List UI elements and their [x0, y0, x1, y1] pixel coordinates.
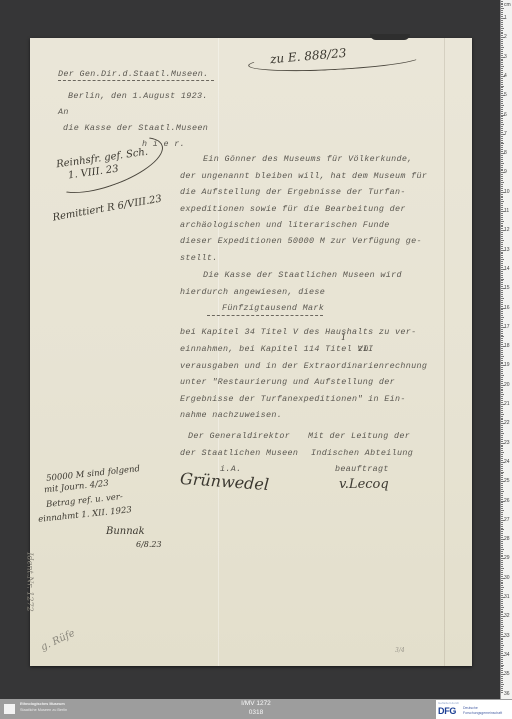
- ruler-tick: [501, 240, 504, 241]
- ruler-tick: [501, 300, 503, 301]
- ruler-tick: [501, 250, 505, 251]
- ruler-tick: [501, 601, 503, 602]
- ruler-tick: [501, 665, 504, 666]
- superscript-mark: 1: [341, 334, 346, 342]
- ruler-tick: [501, 404, 505, 405]
- ruler-tick: [501, 516, 503, 517]
- margin-note-loop: [46, 125, 169, 204]
- ruler-tick: [501, 362, 503, 363]
- ruler-tick: [501, 572, 503, 573]
- ruler-tick: [501, 599, 503, 600]
- ruler-tick: [501, 578, 505, 579]
- ruler-tick: [501, 284, 503, 285]
- ruler-tick: [501, 472, 504, 473]
- ruler-tick: [501, 377, 503, 378]
- ruler-tick: [501, 3, 503, 4]
- ruler-tick: [501, 253, 503, 254]
- ruler-tick: [501, 493, 503, 494]
- ruler-tick: [501, 390, 503, 391]
- ruler-tick: [501, 495, 503, 496]
- ruler-tick: [501, 78, 503, 79]
- body-line: unter "Restaurierung und Aufstellung der: [180, 378, 395, 386]
- ruler-tick: [501, 533, 503, 534]
- ruler-tick: [501, 591, 503, 592]
- ruler-tick: [501, 145, 503, 146]
- left-signatory-title: Der Generaldirektor: [188, 432, 290, 440]
- ruler-tick: [501, 672, 503, 673]
- ruler-tick: [501, 657, 503, 658]
- ruler-tick: [501, 448, 503, 449]
- ruler-tick: [501, 400, 503, 401]
- ruler-tick: [501, 441, 503, 442]
- ruler-tick: [501, 433, 504, 434]
- ruler-tick: [501, 338, 503, 339]
- ruler-tick: [501, 111, 503, 112]
- body-line: dieser Expeditionen 50000 M zur Verfügun…: [180, 237, 422, 245]
- ruler-tick: [501, 684, 504, 685]
- body-line: bei Kapitel 34 Titel V des Haushalts zu …: [180, 328, 417, 336]
- ruler-tick: [501, 197, 503, 198]
- ruler-tick: [501, 68, 503, 69]
- ruler-tick: [501, 661, 503, 662]
- ruler-tick: [501, 414, 504, 415]
- ruler-tick: [501, 97, 503, 98]
- ruler-tick: [501, 82, 503, 83]
- ruler-tick: [501, 306, 503, 307]
- right-role: beauftragt: [335, 465, 389, 473]
- ruler-tick: [501, 101, 503, 102]
- amount-in-words: Fünfzigtausend Mark: [222, 304, 324, 312]
- ruler-tick: [501, 33, 503, 34]
- ruler-tick: [501, 155, 503, 156]
- ruler-tick: [501, 682, 503, 683]
- corner-initial: g. Rüfe: [40, 629, 77, 653]
- margin-note-2: Remittiert R 6/VIII.23: [52, 194, 163, 223]
- ruler-tick: [501, 103, 503, 104]
- ruler-tick: [501, 333, 503, 334]
- ruler-tick: [501, 402, 503, 403]
- ruler-tick: [501, 225, 503, 226]
- ruler-tick: [501, 470, 503, 471]
- ruler-tick: [501, 1, 503, 2]
- ruler-tick: [501, 603, 503, 604]
- place-date: Berlin, den 1.August 1923.: [68, 92, 208, 100]
- ruler-tick: [501, 643, 503, 644]
- ruler-tick: [501, 151, 503, 152]
- ruler-tick: [501, 143, 504, 144]
- ruler-tick: [501, 460, 503, 461]
- ruler-tick: [501, 360, 503, 361]
- ruler-tick: [501, 454, 503, 455]
- ruler-tick: [501, 639, 503, 640]
- ruler-tick: [501, 184, 503, 185]
- ruler-tick: [501, 277, 503, 278]
- ruler-tick: [501, 4, 503, 5]
- right-signatory-title: Mit der Leitung der: [308, 432, 410, 440]
- ruler-tick: [501, 80, 503, 81]
- ruler-tick: [501, 607, 504, 608]
- ruler-tick: [501, 321, 503, 322]
- ruler-tick: [501, 431, 503, 432]
- ruler-tick: [501, 678, 503, 679]
- ruler-tick: [501, 651, 503, 652]
- ruler-tick: [501, 479, 503, 480]
- ruler-tick: [501, 412, 503, 413]
- ruler-tick: [501, 452, 504, 453]
- body-line: nahme nachzuweisen.: [180, 411, 282, 419]
- ruler-tick: [501, 383, 503, 384]
- ruler-tick: [501, 504, 503, 505]
- dfg-logo: Gefördert durch DFG Deutsche Forschungsg…: [436, 700, 512, 719]
- ruler-tick: [501, 636, 505, 637]
- ruler-tick: [501, 609, 503, 610]
- ruler-tick: [501, 311, 503, 312]
- ruler-tick: [501, 20, 503, 21]
- ruler-tick: [501, 308, 505, 309]
- ruler-tick: [501, 86, 504, 87]
- ruler-tick: [501, 74, 503, 75]
- ruler-tick: [501, 539, 505, 540]
- ruler-tick: [501, 271, 503, 272]
- body-line: expeditionen sowie für die Bearbeitung d…: [180, 205, 406, 213]
- ruler-tick: [501, 309, 503, 310]
- ruler-tick: [501, 269, 505, 270]
- ruler-tick: [501, 485, 503, 486]
- ruler-tick: [501, 545, 503, 546]
- ruler-tick: [501, 157, 503, 158]
- ruler-tick: [501, 547, 503, 548]
- ruler-tick: [501, 348, 503, 349]
- paper-edge-line: [444, 38, 445, 666]
- ruler-tick: [501, 267, 503, 268]
- ruler-tick: [501, 439, 503, 440]
- ruler-tick: [501, 273, 503, 274]
- ruler-tick: [501, 199, 503, 200]
- ruler-tick: [501, 356, 504, 357]
- ruler-tick: [501, 676, 503, 677]
- body-line: Die Kasse der Staatlichen Museen wird: [203, 271, 402, 279]
- body-line: einnahmen, bei Kapitel 114 Titel VII: [180, 345, 374, 353]
- amount-underline: [207, 315, 323, 316]
- ruler-tick: [501, 410, 503, 411]
- ruler-tick: [501, 105, 504, 106]
- ruler-tick: [501, 520, 505, 521]
- ruler-tick: [501, 570, 503, 571]
- ruler-tick: [501, 174, 503, 175]
- left-signatory-title: der Staatlichen Museen: [180, 449, 298, 457]
- ruler-tick: [501, 354, 503, 355]
- ruler-tick: [501, 408, 503, 409]
- ruler-tick: [501, 255, 503, 256]
- ruler-tick: [501, 624, 503, 625]
- ruler-tick: [501, 416, 503, 417]
- body-line: der ungenannt bleiben will, hat dem Muse…: [180, 172, 427, 180]
- ruler-tick: [501, 26, 503, 27]
- ruler-tick: [501, 346, 505, 347]
- ruler-tick: [501, 51, 503, 52]
- ruler-tick: [501, 580, 503, 581]
- ruler-tick: [501, 238, 503, 239]
- body-line: Ein Gönner des Museums für Völkerkunde,: [203, 155, 413, 163]
- ruler-tick: [501, 302, 503, 303]
- ruler-tick: [501, 686, 503, 687]
- ruler-tick: [501, 14, 503, 15]
- lower-note-date: 6/8.23: [136, 541, 162, 549]
- ruler-tick: [501, 367, 503, 368]
- ruler-tick: [501, 205, 503, 206]
- ruler-tick: [501, 450, 503, 451]
- ruler-tick: [501, 524, 503, 525]
- ruler-tick: [501, 47, 504, 48]
- ruler-tick: [501, 217, 503, 218]
- ruler-tick: [501, 369, 503, 370]
- ruler-tick: [501, 688, 503, 689]
- ruler-tick: [501, 66, 504, 67]
- ruler-tick: [501, 468, 503, 469]
- ruler-tick: [501, 344, 503, 345]
- ruler-tick: [501, 574, 503, 575]
- ruler-tick: [501, 41, 503, 42]
- ruler-tick: [501, 445, 503, 446]
- ruler-tick: [501, 323, 503, 324]
- ruler-tick: [501, 394, 504, 395]
- ruler-tick: [501, 443, 505, 444]
- ruler-tick: [501, 87, 503, 88]
- ruler-tick: [501, 387, 503, 388]
- ruler-tick: [501, 605, 503, 606]
- ruler-tick: [501, 692, 503, 693]
- ruler-tick: [501, 446, 503, 447]
- ruler-tick: [501, 211, 505, 212]
- ruler-tick: [501, 510, 504, 511]
- ruler-tick: [501, 389, 503, 390]
- ruler-tick: [501, 16, 503, 17]
- ruler-tick: [501, 497, 503, 498]
- ruler-tick: [501, 70, 503, 71]
- ruler-tick: [501, 634, 503, 635]
- ruler-tick: [501, 371, 503, 372]
- ruler-tick: [501, 668, 503, 669]
- ruler-tick: [501, 618, 503, 619]
- ruler-tick: [501, 549, 504, 550]
- document-page: zu E. 888/23 Der Gen.Dir.d.Staatl.Museen…: [30, 38, 472, 666]
- ruler-tick: [501, 219, 503, 220]
- ruler-tick: [501, 288, 505, 289]
- ruler-tick: [501, 176, 503, 177]
- ruler-tick: [501, 95, 505, 96]
- ruler-tick: [501, 109, 503, 110]
- ruler-tick: [501, 363, 503, 364]
- ruler-tick: [501, 690, 503, 691]
- ruler-tick: [501, 275, 503, 276]
- ruler-tick: [501, 622, 503, 623]
- ruler-tick: [501, 560, 503, 561]
- ruler-tick: [501, 136, 503, 137]
- ruler-tick: [501, 140, 503, 141]
- funder-name: Forschungsgemeinschaft: [463, 711, 502, 715]
- ruler-tick: [501, 392, 503, 393]
- ruler-tick: [501, 331, 503, 332]
- corner-mark: 3/4: [395, 648, 405, 654]
- ruler-tick: [501, 213, 503, 214]
- ruler-tick: [501, 37, 505, 38]
- ruler-tick: [501, 230, 505, 231]
- ruler-tick: [501, 188, 503, 189]
- ruler-tick: [501, 159, 503, 160]
- right-signature: v.Lecoq: [339, 478, 389, 491]
- ruler-tick: [501, 163, 504, 164]
- ruler-tick: [501, 514, 503, 515]
- ruler-tick: [501, 437, 503, 438]
- ruler-tick: [501, 259, 504, 260]
- ruler-tick: [501, 597, 505, 598]
- ruler-tick: [501, 138, 503, 139]
- ruler-tick: [501, 583, 503, 584]
- sender-underline: [58, 80, 214, 81]
- ruler-tick: [501, 282, 503, 283]
- ruler-tick: [501, 232, 503, 233]
- ruler-tick: [501, 304, 503, 305]
- ruler-tick: [501, 60, 503, 61]
- ruler-tick: [501, 223, 503, 224]
- ruler-tick: [501, 49, 503, 50]
- ruler-tick: [501, 585, 503, 586]
- paper-tear: [370, 34, 410, 40]
- ruler-tick: [501, 475, 503, 476]
- ruler-tick: [501, 246, 503, 247]
- ruler-tick: [501, 425, 503, 426]
- ruler-tick: [501, 76, 505, 77]
- ruler-tick: [501, 335, 503, 336]
- ruler-tick: [501, 593, 503, 594]
- ruler-tick: [501, 456, 503, 457]
- ruler-tick: [501, 576, 503, 577]
- ruler-tick: [501, 614, 503, 615]
- ruler-tick: [501, 209, 503, 210]
- ruler-tick: [501, 396, 503, 397]
- ruler-tick: [501, 419, 503, 420]
- ruler-tick: [501, 317, 504, 318]
- ruler-tick: [501, 180, 503, 181]
- body-line: Ergebnisse der Turfanexpeditionen" in Ei…: [180, 395, 406, 403]
- ruler-tick: [501, 620, 503, 621]
- ruler-tick: [501, 568, 504, 569]
- ruler-tick: [501, 236, 503, 237]
- ruler-tick: [501, 115, 505, 116]
- ruler-tick: [501, 186, 503, 187]
- ruler-tick: [501, 194, 503, 195]
- recipient: die Kasse der Staatl.Museen: [63, 124, 208, 132]
- ruler-tick: [501, 315, 503, 316]
- ruler-tick: [501, 464, 503, 465]
- ruler-tick: [501, 501, 505, 502]
- ruler-tick: [501, 89, 503, 90]
- body-line: archäologischen und literarischen Funde: [180, 221, 390, 229]
- left-signature: Grünwedel: [180, 471, 270, 493]
- ruler-tick: [501, 234, 503, 235]
- ruler-tick: [501, 12, 503, 13]
- ruler-tick: [501, 252, 503, 253]
- ruler-tick: [501, 543, 503, 544]
- ruler-tick: [501, 228, 503, 229]
- ruler-tick: [501, 122, 503, 123]
- body-line: verausgaben und in der Extraordinarienre…: [180, 362, 427, 370]
- ruler-tick: [501, 128, 503, 129]
- ruler-tick: [501, 365, 505, 366]
- ruler-tick: [501, 541, 503, 542]
- ruler-tick: [501, 178, 503, 179]
- ruler-tick: [501, 182, 504, 183]
- vertical-stamp: Ident.Nr. 1272: [26, 552, 34, 611]
- ruler-tick: [501, 551, 503, 552]
- ruler-tick: [501, 6, 503, 7]
- ruler-tick: [501, 649, 503, 650]
- ruler-tick: [501, 215, 503, 216]
- ruler-tick: [501, 666, 503, 667]
- ruler-tick: [501, 263, 503, 264]
- ruler-tick: [501, 531, 503, 532]
- ruler-tick: [501, 537, 503, 538]
- salutation-to: An: [58, 108, 69, 116]
- body-line: die Aufstellung der Ergebnisse der Turfa…: [180, 188, 406, 196]
- ruler-tick: [501, 663, 503, 664]
- ruler-tick: [501, 350, 503, 351]
- ruler-tick: [501, 22, 503, 23]
- ruler-tick: [501, 628, 503, 629]
- ruler-tick: [501, 221, 504, 222]
- ruler-tick: [501, 130, 503, 131]
- ruler-tick: [501, 203, 503, 204]
- ruler-tick: [501, 196, 503, 197]
- ruler-tick: [501, 526, 503, 527]
- ruler-tick: [501, 313, 503, 314]
- ruler-tick: [501, 659, 503, 660]
- sender-line: Der Gen.Dir.d.Staatl.Museen.: [58, 70, 209, 78]
- ruler-tick: [501, 558, 505, 559]
- ruler-tick: [501, 589, 503, 590]
- body-line: stellt.: [180, 254, 218, 262]
- ruler-tick: [501, 124, 504, 125]
- ruler-tick: [501, 512, 503, 513]
- ruler-tick: [501, 35, 503, 36]
- ruler-tick: [501, 226, 503, 227]
- ruler-tick: [501, 248, 503, 249]
- ruler-tick: [501, 149, 503, 150]
- funder-name: Deutsche: [463, 706, 478, 710]
- ruler-tick: [501, 39, 503, 40]
- ruler-tick: [501, 481, 505, 482]
- ruler-tick: [501, 553, 503, 554]
- ruler-tick: [501, 582, 503, 583]
- ruler-tick: [501, 265, 503, 266]
- ruler-tick: [501, 134, 505, 135]
- ruler-tick: [501, 473, 503, 474]
- ruler-tick: [501, 340, 503, 341]
- ruler-tick: [501, 113, 503, 114]
- ruler-tick: [501, 385, 505, 386]
- ruler-tick: [501, 529, 504, 530]
- ruler-number: 36: [504, 691, 510, 697]
- ruler-tick: [501, 30, 503, 31]
- funder-label: Gefördert durch: [438, 701, 459, 705]
- ruler-tick: [501, 423, 505, 424]
- ruler-tick: [501, 680, 503, 681]
- ruler-tick: [501, 595, 503, 596]
- ruler-tick: [501, 645, 504, 646]
- ruler-tick: [501, 161, 503, 162]
- ruler-tick: [501, 358, 503, 359]
- ruler-tick: [501, 290, 503, 291]
